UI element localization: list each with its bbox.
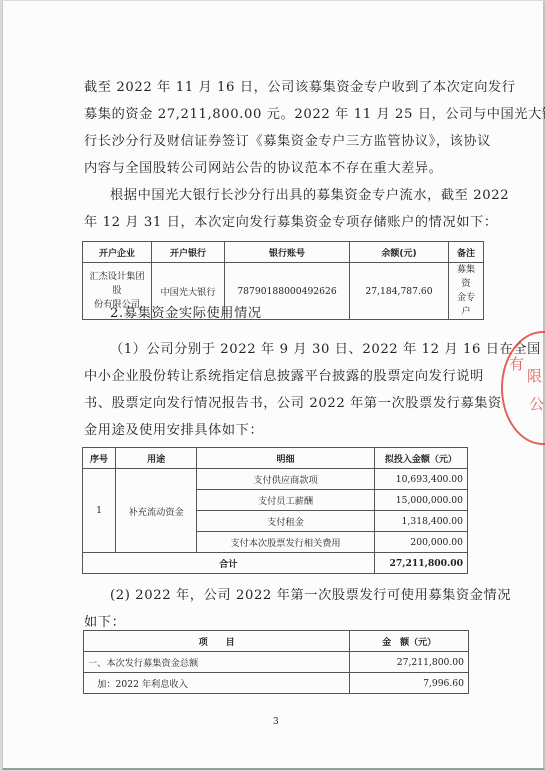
paragraph-line: 年 12 月 31 日，本次定向发行募集资金专项存储账户的情况如下： bbox=[84, 215, 474, 231]
table-total-row: 合计 27,211,800.00 bbox=[83, 553, 468, 574]
amount-cell: 10,693,400.00 bbox=[374, 469, 467, 490]
amount-cell: 7,996.60 bbox=[350, 673, 469, 694]
column-header: 银行账号 bbox=[225, 242, 350, 263]
paragraph-line: 中小企业股份转让系统指定信息披露平台披露的股票定向发行说明 bbox=[84, 369, 474, 385]
column-header: 用途 bbox=[116, 448, 197, 469]
amount-cell: 200,000.00 bbox=[374, 532, 467, 553]
column-header: 开户银行 bbox=[152, 242, 225, 263]
column-header: 开户企业 bbox=[83, 242, 152, 263]
paragraph-line: 截至 2022 年 11 月 16 日，公司该募集资金专户收到了本次定向发行 bbox=[84, 80, 474, 96]
table-row: 一、本次发行募集资金总额 27,211,800.00 bbox=[84, 652, 469, 673]
seal-char: 公 bbox=[529, 393, 544, 414]
column-header: 项 目 bbox=[84, 631, 350, 652]
column-header: 备注 bbox=[449, 242, 484, 263]
column-header: 余额(元) bbox=[350, 242, 449, 263]
seq-cell: 1 bbox=[83, 469, 116, 553]
note-line: 金专户 bbox=[457, 292, 475, 317]
table-header-row: 项 目 金 额（元） bbox=[84, 631, 469, 652]
seal-char: 限 bbox=[527, 365, 542, 386]
table-row: 加：2022 年利息收入 7,996.60 bbox=[84, 673, 469, 694]
item-cell: 一、本次发行募集资金总额 bbox=[84, 652, 350, 673]
amount-cell: 15,000,000.00 bbox=[374, 490, 467, 511]
amount-cell: 1,318,400.00 bbox=[374, 511, 467, 532]
table-header-row: 序号 用途 明细 拟投入金额（元） bbox=[83, 448, 468, 469]
table-header-row: 开户企业 开户银行 银行账号 余额(元) 备注 bbox=[83, 242, 484, 263]
detail-cell: 支付本次股票发行相关费用 bbox=[197, 532, 374, 553]
note-line: 募集资 bbox=[457, 264, 475, 289]
item-cell: 加：2022 年利息收入 bbox=[84, 673, 350, 694]
column-header: 明细 bbox=[197, 448, 374, 469]
paragraph-line: 金用途及使用安排具体如下： bbox=[84, 423, 474, 439]
note-cell: 募集资 金专户 bbox=[449, 263, 484, 320]
column-header: 拟投入金额（元） bbox=[374, 448, 467, 469]
detail-cell: 支付租金 bbox=[197, 511, 374, 532]
paragraph-line: (2) 2022 年，公司 2022 年第一次股票发行可使用募集资金情况 bbox=[110, 588, 474, 604]
column-header: 序号 bbox=[83, 448, 116, 469]
document-page: 截至 2022 年 11 月 16 日，公司该募集资金专户收到了本次定向发行 募… bbox=[2, 1, 545, 770]
usage-table: 序号 用途 明细 拟投入金额（元） 1 补充流动资金 支付供应商款项 10,69… bbox=[82, 447, 468, 574]
detail-cell: 支付供应商款项 bbox=[197, 469, 374, 490]
amount-cell: 27,211,800.00 bbox=[350, 652, 469, 673]
paragraph-line: 书、股票定向发行情况报告书，公司 2022 年第一次股票发行募集资 bbox=[84, 396, 474, 412]
section-heading: 2.募集资金实际使用情况 bbox=[110, 306, 262, 322]
balance-cell: 27,184,787.60 bbox=[350, 263, 449, 320]
paragraph-line: 内容与全国股转公司网站公告的协议范本不存在重大差异。 bbox=[84, 161, 474, 177]
purpose-cell: 补充流动资金 bbox=[116, 469, 197, 553]
paragraph-line: 募集的资金 27,211,800.00 元。2022 年 11 月 25 日，公… bbox=[84, 107, 474, 123]
total-amount: 27,211,800.00 bbox=[374, 553, 467, 574]
detail-cell: 支付员工薪酬 bbox=[197, 490, 374, 511]
total-label: 合计 bbox=[83, 553, 375, 574]
paragraph-line: （1）公司分别于 2022 年 9 月 30 日、2022 年 12 月 16 … bbox=[110, 342, 474, 358]
paragraph-line: 行长沙分行及财信证券签订《募集资金专户三方监管协议》，该协议 bbox=[84, 134, 474, 150]
column-header: 金 额（元） bbox=[350, 631, 469, 652]
company-name-line: 汇杰设计集团股 bbox=[89, 271, 144, 296]
page-number: 3 bbox=[273, 717, 279, 727]
paragraph-line: 如下： bbox=[84, 615, 474, 631]
funds-table: 项 目 金 额（元） 一、本次发行募集资金总额 27,211,800.00 加：… bbox=[83, 630, 469, 694]
paragraph-line: 根据中国光大银行长沙分行出具的募集资金专户流水，截至 2022 bbox=[110, 188, 474, 204]
table-row: 1 补充流动资金 支付供应商款项 10,693,400.00 bbox=[83, 469, 468, 490]
seal-char: 有 bbox=[509, 353, 524, 374]
